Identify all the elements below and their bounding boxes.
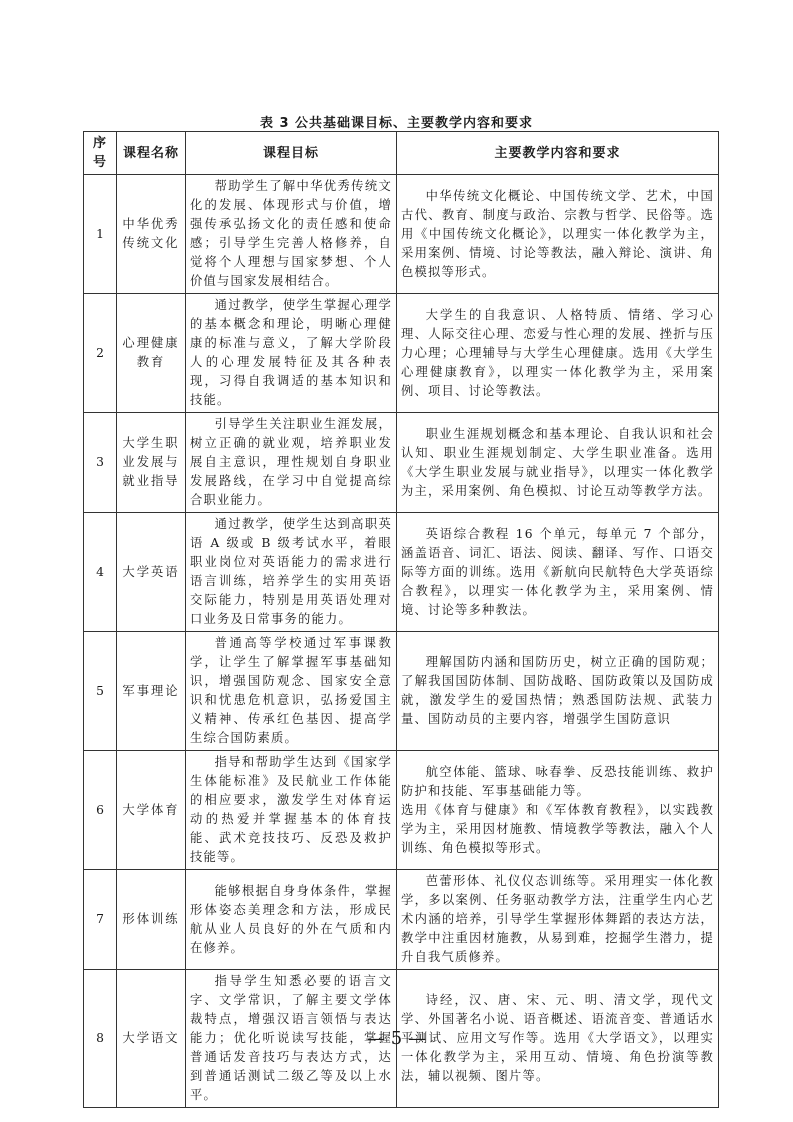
row-name: 大学英语 <box>117 513 186 632</box>
row-goal: 帮助学生了解中华优秀传统文化的发展、体现形式与价值，增强传承弘扬文化的责任感和使… <box>186 175 397 294</box>
content-text: 理解国防内涵和国防历史，树立正确的国防观；了解我国国防体制、国防战略、国防政策以… <box>401 653 714 729</box>
row-goal: 通过教学，使学生掌握心理学的基本概念和理论，明晰心理健康的标准与意义，了解大学阶… <box>186 294 397 413</box>
row-content: 航空体能、篮球、咏春拳、反恐技能训练、救护防护和技能、军事基础能力等。选用《体育… <box>397 751 719 870</box>
goal-text: 指导和帮助学生达到《国家学生体能标准》及民航业工作体能的相应要求，激发学生对体育… <box>190 753 392 867</box>
content-text: 中华传统文化概论、中国传统文学、艺术，中国古代、教育、制度与政治、宗教与哲学、民… <box>401 187 714 282</box>
goal-text: 通过教学，使学生达到高职英语 A 级或 B 级考试水平，着眼职业岗位对英语能力的… <box>190 515 392 629</box>
goal-text: 通过教学，使学生掌握心理学的基本概念和理论，明晰心理健康的标准与意义，了解大学阶… <box>190 296 392 410</box>
row-name: 大学生职业发展与就业指导 <box>117 413 186 513</box>
row-content: 理解国防内涵和国防历史，树立正确的国防观；了解我国国防体制、国防战略、国防政策以… <box>397 632 719 751</box>
goal-text: 普通高等学校通过军事课教学，让学生了解掌握军事基础知识，增强国防观念、国家安全意… <box>190 634 392 748</box>
row-no: 5 <box>84 632 117 751</box>
content-text: 航空体能、篮球、咏春拳、反恐技能训练、救护防护和技能、军事基础能力等。 <box>401 763 714 801</box>
row-name: 形体训练 <box>117 870 186 970</box>
row-goal: 通过教学，使学生达到高职英语 A 级或 B 级考试水平，着眼职业岗位对英语能力的… <box>186 513 397 632</box>
table-row: 3 大学生职业发展与就业指导 引导学生关注职业生涯发展，树立正确的就业观，培养职… <box>84 413 719 513</box>
row-no: 7 <box>84 870 117 970</box>
row-goal: 指导和帮助学生达到《国家学生体能标准》及民航业工作体能的相应要求，激发学生对体育… <box>186 751 397 870</box>
table-row: 6 大学体育 指导和帮助学生达到《国家学生体能标准》及民航业工作体能的相应要求，… <box>84 751 719 870</box>
row-name: 心理健康教育 <box>117 294 186 413</box>
goal-text: 能够根据自身身体条件，掌握形体姿态美理念和方法，形成民航从业人员良好的外在气质和… <box>190 882 392 958</box>
row-goal: 普通高等学校通过军事课教学，让学生了解掌握军事基础知识，增强国防观念、国家安全意… <box>186 632 397 751</box>
row-no: 3 <box>84 413 117 513</box>
row-name: 大学体育 <box>117 751 186 870</box>
header-content: 主要教学内容和要求 <box>397 132 719 175</box>
row-goal: 引导学生关注职业生涯发展，树立正确的就业观，培养职业发展自主意识，理性规划自身职… <box>186 413 397 513</box>
content-text: 大学生的自我意识、人格特质、情绪、学习心理、人际交往心理、恋爱与性心理的发展、挫… <box>401 306 714 401</box>
row-content: 大学生的自我意识、人格特质、情绪、学习心理、人际交往心理、恋爱与性心理的发展、挫… <box>397 294 719 413</box>
table-row: 2 心理健康教育 通过教学，使学生掌握心理学的基本概念和理论，明晰心理健康的标准… <box>84 294 719 413</box>
table-header-row: 序号 课程名称 课程目标 主要教学内容和要求 <box>84 132 719 175</box>
row-goal: 能够根据自身身体条件，掌握形体姿态美理念和方法，形成民航从业人员良好的外在气质和… <box>186 870 397 970</box>
table-row: 5 军事理论 普通高等学校通过军事课教学，让学生了解掌握军事基础知识，增强国防观… <box>84 632 719 751</box>
content-text-2: 选用《体育与健康》和《军体教育教程》，以实践教学为主，采用因材施教、情境教学等教… <box>401 801 714 858</box>
row-no: 6 <box>84 751 117 870</box>
row-name: 中华优秀传统文化 <box>117 175 186 294</box>
goal-text: 引导学生关注职业生涯发展，树立正确的就业观，培养职业发展自主意识，理性规划自身职… <box>190 415 392 510</box>
row-content: 英语综合教程 16 个单元，每单元 7 个部分，涵盖语音、词汇、语法、阅读、翻译… <box>397 513 719 632</box>
row-content: 芭蕾形体、礼仪仪态训练等。采用理实一体化教学，多以案例、任务驱动教学方法，注重学… <box>397 870 719 970</box>
content-text: 芭蕾形体、礼仪仪态训练等。采用理实一体化教学，多以案例、任务驱动教学方法，注重学… <box>401 872 714 967</box>
row-content: 职业生涯规划概念和基本理论、自我认识和社会认知、职业生涯规划制定、大学生职业准备… <box>397 413 719 513</box>
course-table: 序号 课程名称 课程目标 主要教学内容和要求 1 中华优秀传统文化 帮助学生了解… <box>83 131 719 1108</box>
row-content: 中华传统文化概论、中国传统文学、艺术，中国古代、教育、制度与政治、宗教与哲学、民… <box>397 175 719 294</box>
content-text: 英语综合教程 16 个单元，每单元 7 个部分，涵盖语音、词汇、语法、阅读、翻译… <box>401 525 714 620</box>
content-text: 职业生涯规划概念和基本理论、自我认识和社会认知、职业生涯规划制定、大学生职业准备… <box>401 425 714 501</box>
table-row: 7 形体训练 能够根据自身身体条件，掌握形体姿态美理念和方法，形成民航从业人员良… <box>84 870 719 970</box>
table-row: 1 中华优秀传统文化 帮助学生了解中华优秀传统文化的发展、体现形式与价值，增强传… <box>84 175 719 294</box>
header-name: 课程名称 <box>117 132 186 175</box>
page-number: — 5 — <box>0 1028 793 1049</box>
row-no: 1 <box>84 175 117 294</box>
row-no: 4 <box>84 513 117 632</box>
header-no: 序号 <box>84 132 117 175</box>
row-no: 2 <box>84 294 117 413</box>
table-row: 4 大学英语 通过教学，使学生达到高职英语 A 级或 B 级考试水平，着眼职业岗… <box>84 513 719 632</box>
header-goal: 课程目标 <box>186 132 397 175</box>
goal-text: 帮助学生了解中华优秀传统文化的发展、体现形式与价值，增强传承弘扬文化的责任感和使… <box>190 177 392 291</box>
table-caption: 表 3 公共基础课目标、主要教学内容和要求 <box>0 112 793 131</box>
row-name: 军事理论 <box>117 632 186 751</box>
